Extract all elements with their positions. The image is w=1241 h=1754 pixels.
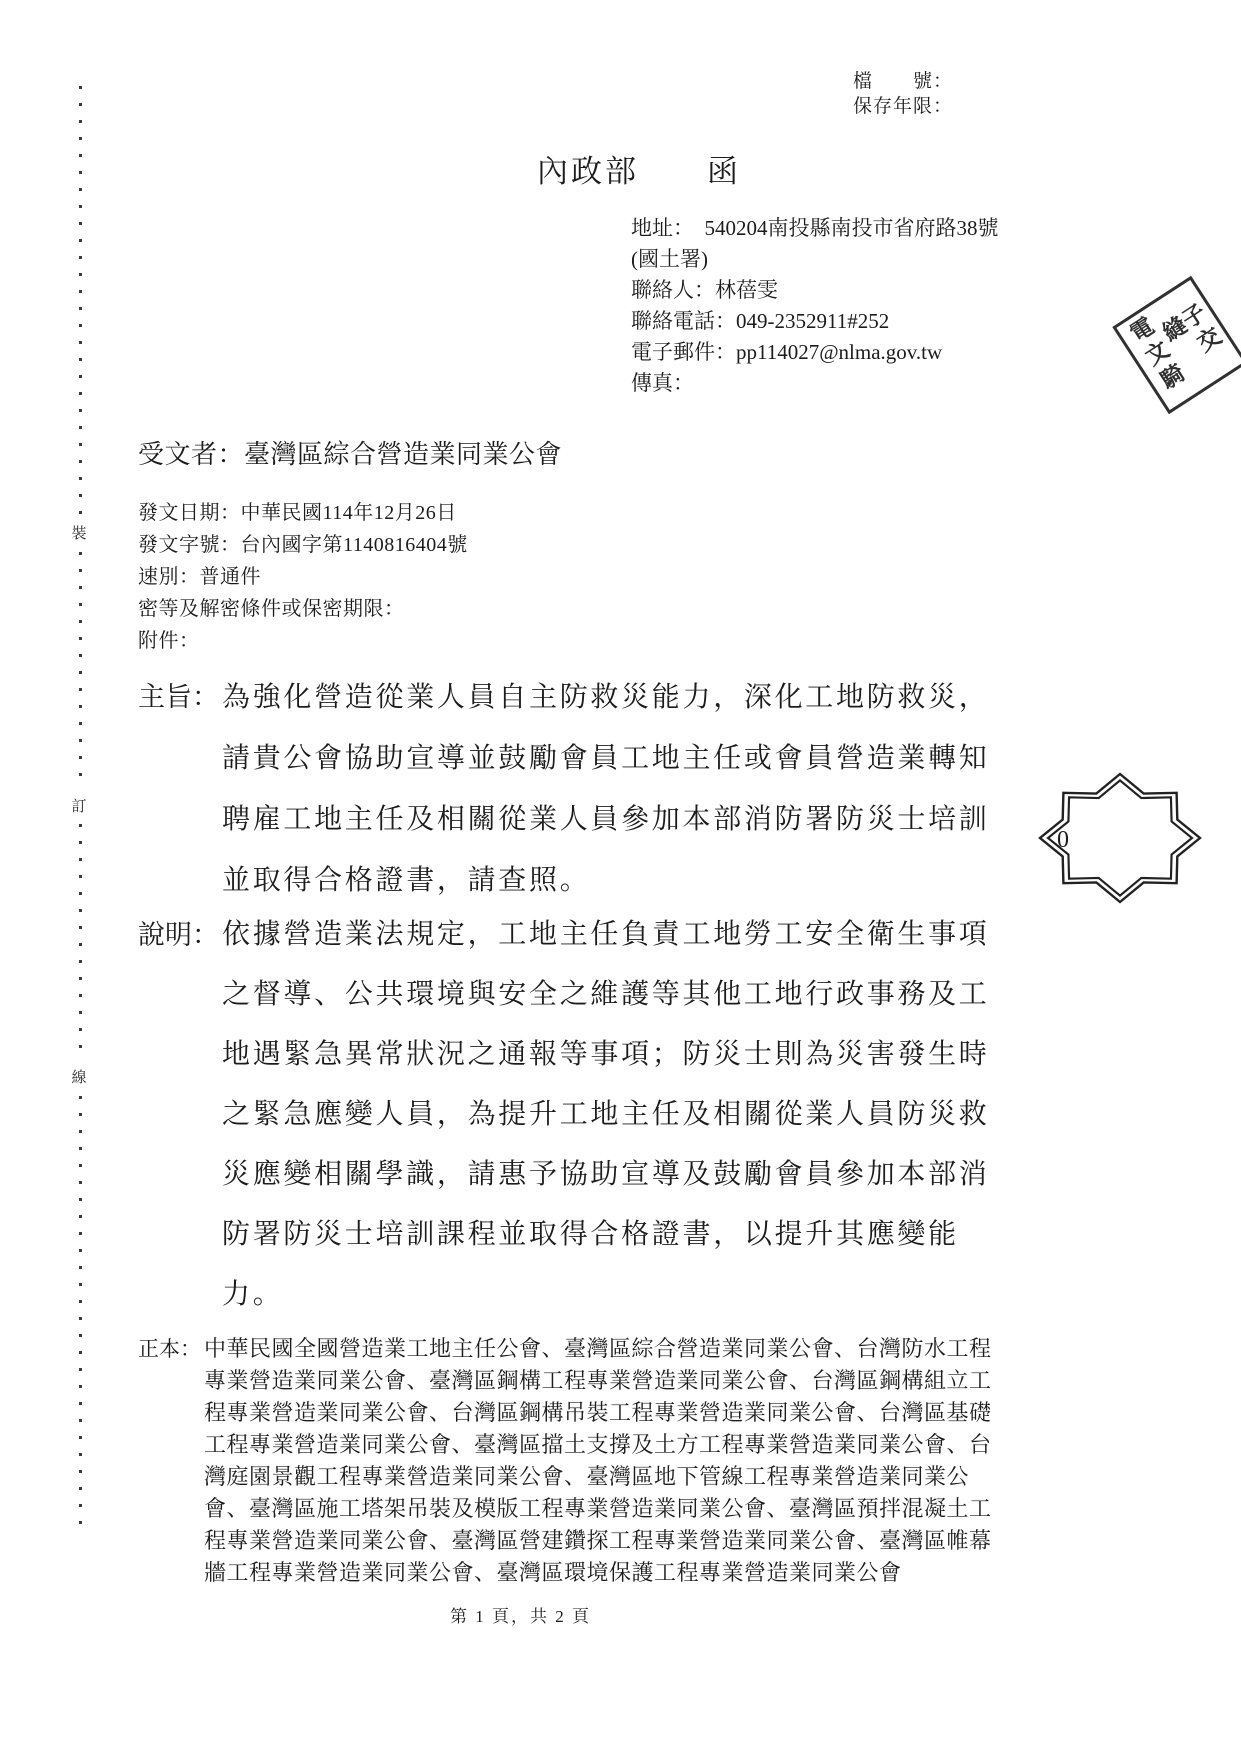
description-line: 之緊急應變人員，為提升工地主任及相關從業人員防災救	[222, 1085, 1012, 1145]
binding-dotted-line	[79, 86, 82, 514]
subject-label: 主旨：	[138, 667, 219, 728]
subject-line: 請貴公會協助宣導並鼓勵會員工地主任或會員營造業轉知	[222, 728, 1012, 789]
description-line: 之督導、公共環境與安全之維護等其他工地行政事務及工	[222, 965, 1012, 1025]
copies-line: 牆工程專業營造業同業公會、臺灣區環境保護工程專業營造業同業公會	[204, 1557, 1004, 1589]
subject-line: 並取得合格證書，請查照。	[222, 850, 1012, 911]
copies-body: 中華民國全國營造業工地主任公會、臺灣區綜合營造業同業公會、台灣防水工程 專業營造…	[204, 1333, 1004, 1589]
document-meta-block: 發文日期：中華民國114年12月26日 發文字號：台內國字第1140816404…	[138, 497, 468, 657]
subject-line: 為強化營造從業人員自主防救災能力，深化工地防救災，	[222, 667, 1012, 728]
sender-phone: 聯絡電話：049-2352911#252	[631, 306, 999, 337]
document-title: 內政部 函	[537, 153, 741, 190]
binding-mark-zhuang: 裝	[66, 522, 92, 543]
description-line: 防署防災士培訓課程並取得合格證書，以提升其應變能	[222, 1205, 1012, 1265]
sender-email: 電子郵件：pp114027@nlma.gov.tw	[631, 337, 999, 368]
sender-contact-person: 聯絡人：林蓓雯	[631, 275, 999, 306]
sender-agency-line: (國土署)	[631, 244, 999, 275]
binding-mark-ding: 訂	[66, 795, 92, 816]
electronic-exchange-stamp: 電文騎 子交縫	[1112, 276, 1241, 414]
subject-body: 為強化營造從業人員自主防救災能力，深化工地防救災， 請貴公會協助宣導並鼓勵會員工…	[222, 667, 1012, 911]
copies-line: 程專業營造業同業公會、台灣區鋼構吊裝工程專業營造業同業公會、台灣區基礎	[204, 1397, 1004, 1429]
description-line: 災應變相關學識，請惠予協助宣導及鼓勵會員參加本部消	[222, 1145, 1012, 1205]
page-number-footer: 第 1 頁，共 2 頁	[450, 1602, 591, 1627]
description-line: 依據營造業法規定，工地主任負責工地勞工安全衛生事項	[222, 905, 1012, 965]
sender-contact-block: 地址： 540204南投縣南投市省府路38號 (國土署) 聯絡人：林蓓雯 聯絡電…	[631, 213, 999, 399]
seal-digit: 0	[1057, 827, 1069, 853]
description-line: 力。	[222, 1265, 1012, 1325]
retention-period-label: 保存年限：	[853, 94, 953, 119]
doc-number-line: 發文字號：台內國字第1140816404號	[138, 529, 468, 561]
sender-fax: 傳真：	[631, 368, 999, 399]
copies-line: 灣庭園景觀工程專業營造業同業公會、臺灣區地下管線工程專業營造業同業公	[204, 1461, 1004, 1493]
subject-line: 聘雇工地主任及相關從業人員參加本部消防署防災士培訓	[222, 789, 1012, 850]
recipient-line: 受文者：臺灣區綜合營造業同業公會	[138, 434, 562, 471]
copies-line: 中華民國全國營造業工地主任公會、臺灣區綜合營造業同業公會、台灣防水工程	[204, 1333, 1004, 1365]
copies-line: 工程專業營造業同業公會、臺灣區擋土支撐及土方工程專業營造業同業公會、台	[204, 1429, 1004, 1461]
binding-dotted-line	[79, 552, 82, 788]
archive-labels: 檔 號： 保存年限：	[853, 69, 953, 119]
binding-dotted-line	[79, 1096, 82, 1532]
issue-date-line: 發文日期：中華民國114年12月26日	[138, 497, 468, 529]
copies-line: 程專業營造業同業公會、臺灣區營建鑽探工程專業營造業同業公會、臺灣區帷幕	[204, 1525, 1004, 1557]
security-class-line: 密等及解密條件或保密期限：	[138, 593, 468, 625]
copies-line: 會、臺灣區施工塔架吊裝及模版工程專業營造業同業公會、臺灣區預拌混凝土工	[204, 1493, 1004, 1525]
speed-class-line: 速別：普通件	[138, 561, 468, 593]
binding-mark-xian: 線	[66, 1066, 92, 1087]
copies-line: 專業營造業同業公會、臺灣區鋼構工程專業營造業同業公會、台灣區鋼構組立工	[204, 1365, 1004, 1397]
description-body: 依據營造業法規定，工地主任負責工地勞工安全衛生事項 之督導、公共環境與安全之維護…	[222, 905, 1012, 1325]
perforation-seal: 0	[1035, 770, 1205, 910]
attachment-line: 附件：	[138, 625, 468, 657]
file-number-label: 檔 號：	[853, 69, 953, 94]
description-line: 地遇緊急異常狀況之通報等事項；防災士則為災害發生時	[222, 1025, 1012, 1085]
binding-dotted-line	[79, 824, 82, 1058]
copies-label: 正本：	[138, 1333, 201, 1365]
sender-address-line: 地址： 540204南投縣南投市省府路38號	[631, 213, 999, 244]
description-label: 說明：	[138, 905, 219, 965]
